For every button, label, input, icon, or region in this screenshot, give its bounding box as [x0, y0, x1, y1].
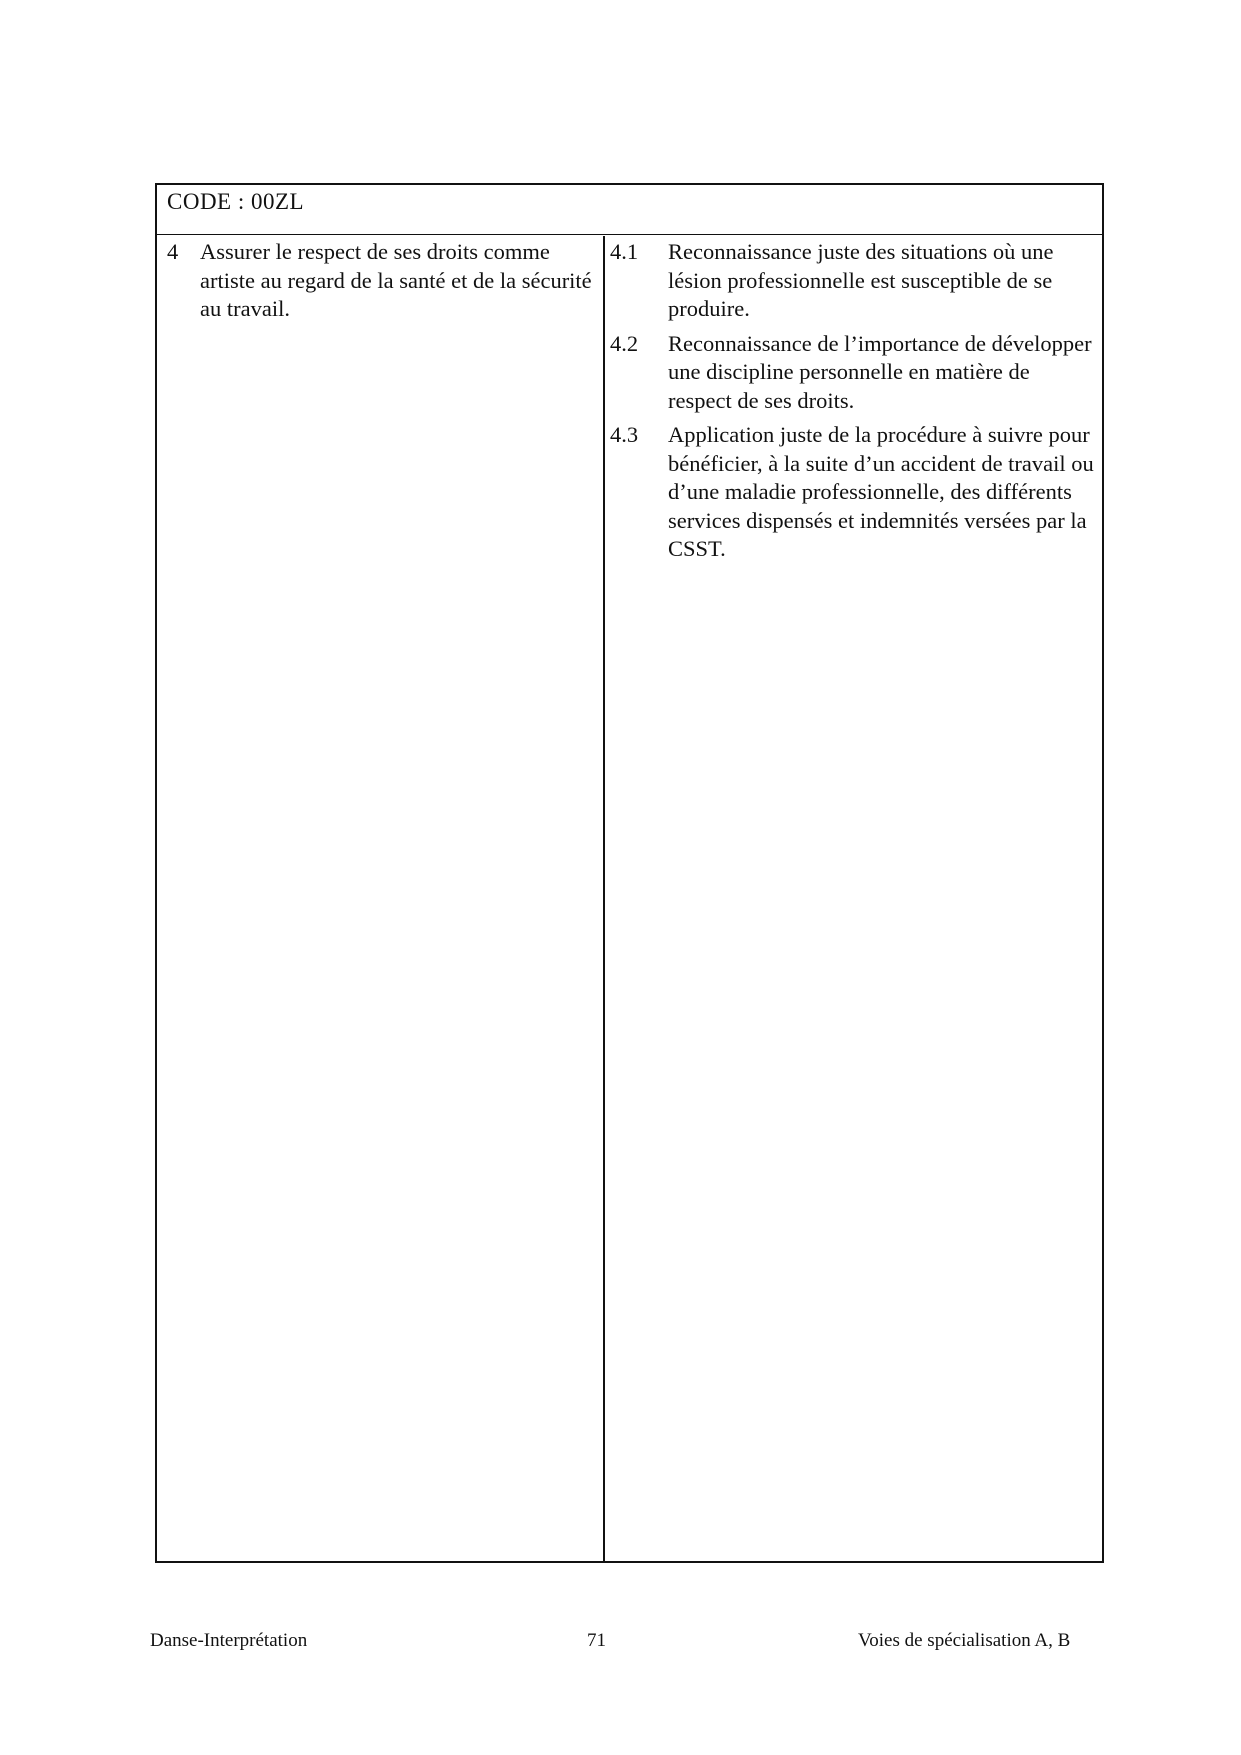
criterion-item: 4.1 Reconnaissance juste des situations …: [605, 236, 1102, 324]
table-body: 4 Assurer le respect de ses droits comme…: [157, 236, 1102, 1561]
element-text: Assurer le respect de ses droits comme a…: [200, 238, 597, 324]
footer-program-name: Danse-Interprétation: [150, 1630, 307, 1652]
code-label: CODE : 00ZL: [167, 189, 304, 214]
criterion-item: 4.2 Reconnaissance de l’importance de dé…: [605, 330, 1102, 416]
element-number: 4: [167, 238, 200, 324]
criterion-number: 4.3: [610, 421, 668, 564]
footer-specialization: Voies de spécialisation A, B: [858, 1630, 1070, 1652]
criterion-text: Reconnaissance juste des situations où u…: [668, 238, 1096, 324]
criterion-text: Reconnaissance de l’importance de dévelo…: [668, 330, 1096, 416]
code-header: CODE : 00ZL: [157, 185, 1102, 235]
criterion-number: 4.2: [610, 330, 668, 416]
criteria-column: 4.1 Reconnaissance juste des situations …: [605, 236, 1102, 1561]
competency-table: CODE : 00ZL 4 Assurer le respect de ses …: [155, 183, 1104, 1563]
page-number: 71: [587, 1630, 606, 1652]
criterion-text: Application juste de la procédure à suiv…: [668, 421, 1096, 564]
element-item: 4 Assurer le respect de ses droits comme…: [157, 236, 603, 324]
element-column: 4 Assurer le respect de ses droits comme…: [157, 236, 605, 1561]
criterion-item: 4.3 Application juste de la procédure à …: [605, 421, 1102, 564]
criterion-number: 4.1: [610, 238, 668, 324]
